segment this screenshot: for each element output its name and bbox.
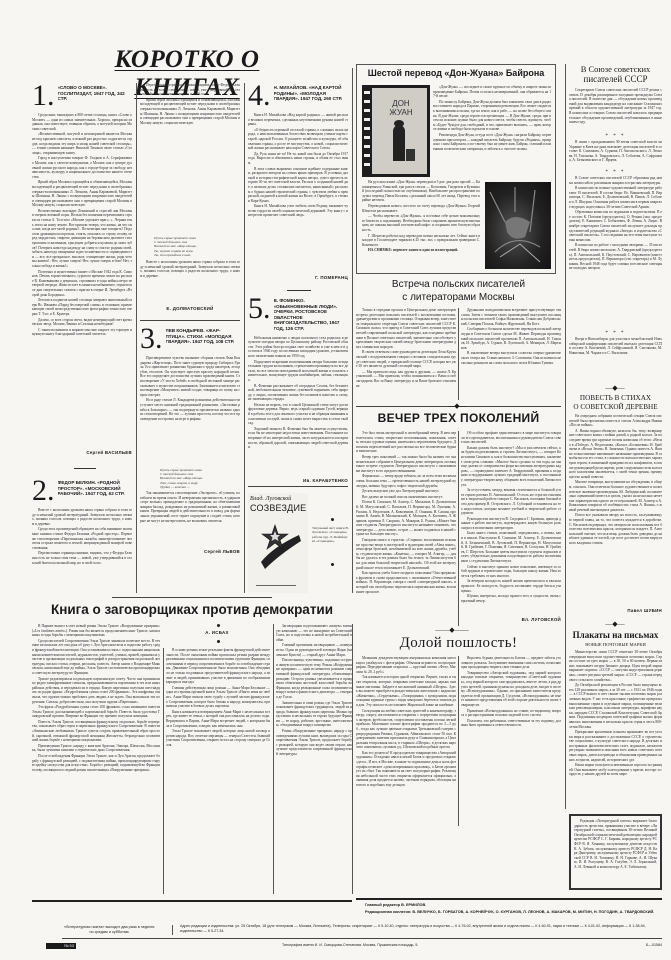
column-rule (244, 83, 245, 593)
review-2: 2. ФЕДОР БЕЛКИН. «РОДНОЙ ПРОСТОР». «Моск… (32, 478, 132, 598)
review-4-body: Книга Н. Михайлова «Над картой родины» —… (248, 113, 348, 273)
stamps-subtitle: НОВЫЕ ПОЧТОВЫЕ МАРКИ (569, 641, 662, 648)
review-poem: Пусть серые прикинет глаза С тоской боль… (140, 236, 240, 257)
review-5-body: Небольшая книжечка о людях колхозного се… (248, 336, 348, 476)
don-juan-cover-title: ДОН ЖУАН (386, 99, 416, 117)
thanks-box: Редакция «Литературной газеты» выражает … (569, 814, 662, 890)
review-1-body: Среди книг, вышедших в 800-летие столицы… (32, 113, 132, 448)
review-2-number: 2. (32, 478, 55, 504)
column-rule (273, 624, 274, 894)
conspirators-title: Книга о заговорщиках против демократии (32, 601, 352, 618)
writers-union-title-line2: писателей СССР (569, 74, 662, 85)
review-2-heading: ФЕДОР БЕЛКИН. «РОДНОЙ ПРОСТОР». «Московс… (58, 478, 133, 497)
writers-union-article: В Союзе советских писателей СССР Секрета… (569, 64, 662, 382)
review-3: 3. ЛЕВ КОНДЫРЕВ. «ЖАР-ПТИЦА». Стихи. «Мо… (140, 326, 240, 596)
column-rule (136, 83, 137, 593)
divider (74, 468, 96, 469)
sozvezdie-author-script: Влад. Луговской (248, 493, 308, 503)
review-1-signature: Сергей ВАСИЛЬЕВ (32, 450, 132, 455)
review-4: 4. Н. МИХАЙЛОВ. «НАД КАРТОЙ РОДИНЫ». «Мо… (248, 83, 348, 283)
polish-writers-title-line1: Встреча польских писателей (356, 278, 561, 291)
don-juan-illustration (485, 182, 551, 269)
writers-union-title-line1: В Союзе советских (569, 64, 662, 74)
review-5-number: 5. (248, 296, 271, 322)
review-4-heading: Н. МИХАЙЛОВ. «НАД КАРТОЙ РОДИНЫ». «Молод… (274, 83, 349, 102)
print-code: Б—01584 (622, 943, 662, 948)
review-1-continuation: Перелистывая страницы книжки, видишь, чт… (140, 83, 240, 313)
review-1-number: 1. (32, 83, 55, 109)
three-generations-article: ВЕЧЕР ТРЕХ ПОКОЛЕНИЙ Это был очень интер… (356, 411, 561, 626)
conspirators-col-2: В основе романа лежат реальные факты фра… (166, 648, 270, 894)
review-1: 1. «СЛОВО О МОСКВЕ». Гослитиздат, 1947 г… (32, 83, 132, 453)
poem-tale-article: ПОВЕСТЬ В СТИХАХ О СОВЕТСКОЙ ДЕРЕВНЕ На … (569, 394, 662, 619)
sozvezdie-caption: Титульный лист книги В. Луговского «Созв… (312, 526, 350, 543)
review-1-heading: «СЛОВО О МОСКВЕ». Гослитиздат, 1947 год,… (58, 83, 133, 102)
ornament-dash: —◆— (600, 384, 630, 392)
footer-rule (62, 938, 662, 939)
divider (140, 320, 240, 321)
three-generations-title: ВЕЧЕР ТРЕХ ПОКОЛЕНИЙ (356, 411, 561, 426)
byron-body-top: «Дон-Жуан» — последнее и самое крупное п… (433, 85, 551, 177)
review-5-signature: Ив. КАРАБУТЕНКО (248, 478, 348, 483)
thanks-box-text: Редакция «Литературной газеты» выражает … (574, 819, 657, 885)
bullet-dot (331, 518, 334, 521)
down-with-vulgarity-title: Долой пошлость! (356, 634, 561, 652)
review-5: 5. В. ФОМЕНКО. «ОБЫКНОВЕННЫЕ ЛЮДИ». Очер… (248, 296, 348, 481)
editorial-board: Редакционная коллегия: В. ВЕЛИЧКО, Б. ГО… (365, 909, 660, 915)
stamps-article: Плакаты на письмах НОВЫЕ ПОЧТОВЫЕ МАРКИ … (569, 630, 662, 810)
poem-tale-signature: Павел ШУБИН (569, 608, 662, 613)
divider (287, 290, 311, 291)
conspirators-author: А. ИСБАХ (182, 630, 252, 635)
down-with-vulgarity-article: Долой пошлость! Меньшим декадентствующим… (356, 634, 561, 834)
stamps-title: Плакаты на письмах (569, 630, 662, 641)
review-4-number: 4. (248, 83, 271, 109)
review-4-signature: Г. ПОМЕРАНЦ (248, 275, 348, 280)
byron-article: Шестой перевод «Дон-Жуана» Байрона ДОН Ж… (356, 64, 556, 274)
engraving-icon (485, 182, 551, 269)
polish-writers-article: Встреча польских писателей с литераторам… (356, 278, 561, 403)
chief-editor: Главный редактор В. ЕРМИЛОВ. (365, 903, 655, 908)
issue-number-badge: № 53 (46, 943, 76, 949)
newspaper-page: КОРОТКО О КНИГАХ 1. «СЛОВО О МОСКВЕ». Го… (32, 28, 662, 928)
conspirators-col-3: Заговорщики подготавливают «новую» военн… (276, 624, 352, 894)
column-rule (352, 624, 353, 894)
editorial-address: Адрес редакции и издательства: ул. 25 Ок… (180, 924, 660, 934)
poem-tale-title-line2: О СОВЕТСКОЙ ДЕРЕВНЕ (569, 403, 662, 412)
divider (356, 898, 662, 900)
review-continuation-signature: Е. ДОЛМАТОВСКИЙ (140, 306, 240, 311)
bullet-dot (217, 640, 220, 643)
conspirators-col-1: В Париже вышел в свет новый роман Эльзы … (32, 624, 160, 894)
byron-title: Шестой перевод «Дон-Жуана» Байрона (360, 68, 552, 78)
sozvezdie-cover: Влад. Луговской СОЗВЕЗДИЕ (248, 493, 308, 593)
column-rule (352, 68, 353, 593)
review-3-number: 3. (140, 326, 163, 352)
byron-body-bottom: На русском языке «Дон-Жуан» переводился … (362, 180, 480, 270)
don-juan-cover-image: ДОН ЖУАН (362, 85, 430, 177)
bullet-dot (331, 563, 334, 566)
review-3-heading: ЛЕВ КОНДЫРЕВ. «ЖАР-ПТИЦА». Стихи. «Молод… (166, 326, 241, 345)
divider (112, 597, 272, 598)
three-generations-signature: Вл. ЛУГОВСКОЙ (522, 617, 561, 622)
review-3-signature: Сергей ЛЬВОВ (140, 549, 240, 554)
column-rule (163, 648, 164, 894)
ornament-dash: —◆— (442, 402, 472, 410)
printing-house: Типография имени И. И. Скворцова-Степано… (282, 943, 542, 948)
polish-writers-title-line2: с литераторами Москвы (356, 291, 561, 304)
sozvezdie-title: СОЗВЕЗДИЕ (248, 503, 308, 513)
star-ribbon-icon (253, 517, 303, 572)
bullet-dot (217, 624, 220, 627)
poem-tale-title-line1: ПОВЕСТЬ В СТИХАХ (569, 394, 662, 403)
column-rule (565, 64, 566, 809)
review-2-body: Вместе с колхозным урожаем наша страна с… (32, 508, 132, 598)
ornament-dash: ——◆—— (432, 626, 472, 634)
ornament-dash: —◆— (600, 620, 630, 628)
review-5-heading: В. ФОМЕНКО. «ОБЫКНОВЕННЫЕ ЛЮДИ». Очерки.… (274, 296, 349, 332)
publication-schedule: «Литературная газета» выходит два раза в… (62, 925, 157, 935)
review-3-body: Противоречивое чувство вызывает сборник … (140, 356, 240, 466)
footer-rule (32, 900, 352, 902)
divider (248, 486, 348, 487)
